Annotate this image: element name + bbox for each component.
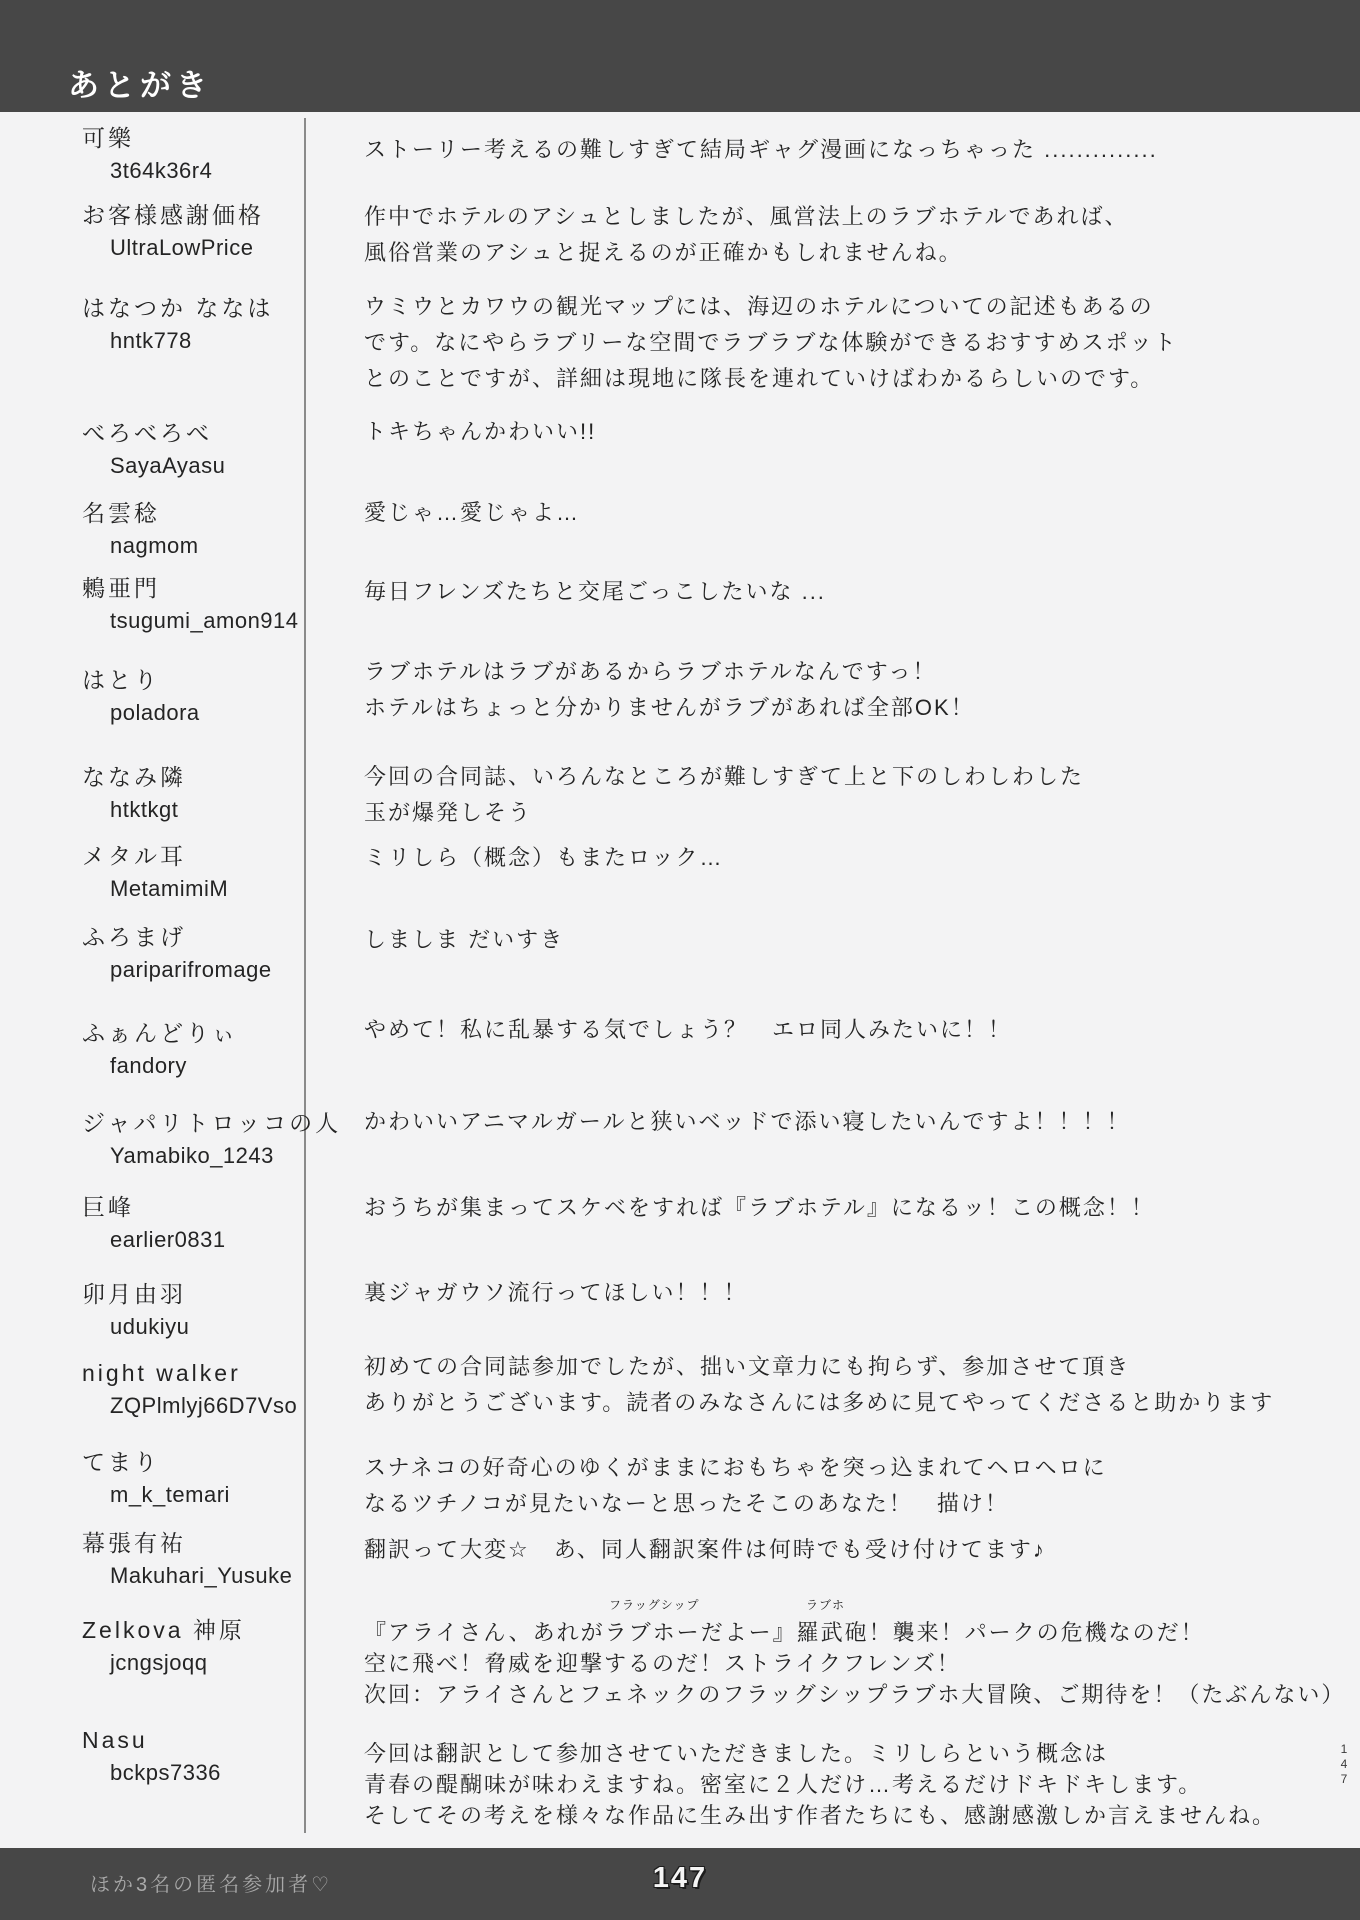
contributor-name: ジャパリトロッコの人 bbox=[82, 1109, 312, 1137]
contributor-entry: 名雲稔nagmom bbox=[82, 499, 312, 560]
contributor-entry: Nasubckps7336 bbox=[82, 1726, 312, 1787]
contributor-username: Yamabiko_1243 bbox=[110, 1142, 312, 1170]
contributor-entry: 巨峰earlier0831 bbox=[82, 1193, 312, 1254]
contributor-username: pariparifromage bbox=[110, 956, 312, 984]
contributor-username: jcngsjoqq bbox=[110, 1649, 312, 1677]
comment-line: かわいいアニマルガールと狭いベッドで添い寝したいんですよ！！！！ bbox=[364, 1104, 1324, 1140]
contributor-username: bckps7336 bbox=[110, 1759, 312, 1787]
comment-line: トキちゃんかわいい!! bbox=[364, 414, 1324, 450]
contributor-name: べろべろべ bbox=[82, 419, 312, 447]
comment-line: とのことですが、詳細は現地に隊長を連れていけばわかるらしいのです。 bbox=[364, 361, 1324, 397]
contributor-comment: ラブホテルはラブがあるからラブホテルなんですっ！ホテルはちょっと分かりませんがラ… bbox=[364, 654, 1324, 726]
comment-line: 初めての合同誌参加でしたが、拙い文章力にも拘らず、参加させて頂き bbox=[364, 1349, 1324, 1385]
contributor-entry: てまりm_k_temari bbox=[82, 1448, 312, 1509]
contributor-entry: はなつか ななはhntk778 bbox=[82, 294, 312, 355]
comment-line: スナネコの好奇心のゆくがままにおもちゃを突っ込まれてヘロヘロに bbox=[364, 1450, 1324, 1486]
comment-line: 今回の合同誌、いろんなところが難しすぎて上と下のしわしわした bbox=[364, 759, 1324, 795]
contributor-comment: ミリしら（概念）もまたロック… bbox=[364, 840, 1324, 876]
contributor-username: udukiyu bbox=[110, 1313, 312, 1341]
contributor-name: ふぁんどりぃ bbox=[82, 1019, 312, 1047]
contributor-entry: メタル耳MetamimiM bbox=[82, 842, 312, 903]
contributor-comment: ウミウとカワウの観光マップには、海辺のホテルについての記述もあるのです。なにやら… bbox=[364, 289, 1324, 397]
contributor-comment: 翻訳って大変☆ あ、同人翻訳案件は何時でも受け付けてます♪ bbox=[364, 1532, 1324, 1568]
contributor-name: ふろまげ bbox=[82, 923, 312, 951]
contributor-username: SayaAyasu bbox=[110, 452, 312, 480]
contributor-username: tsugumi_amon914 bbox=[110, 607, 312, 635]
comment-line: 愛じゃ…愛じゃよ… bbox=[364, 495, 1324, 531]
contributor-entry: ふろまげpariparifromage bbox=[82, 923, 312, 984]
contributor-comment: 愛じゃ…愛じゃよ… bbox=[364, 495, 1324, 531]
ruby-labuho: ラブホ bbox=[806, 1596, 845, 1613]
comment-line: 『アライさん、あれがラブホーだよー』羅武砲！襲来！パークの危機なのだ！ bbox=[364, 1617, 1324, 1648]
comment-line: しましま だいすき bbox=[364, 922, 1324, 958]
contributor-name: 幕張有祐 bbox=[82, 1529, 312, 1557]
comment-line: なるツチノコが見たいなーと思ったそこのあなた！ 描け！ bbox=[364, 1486, 1324, 1522]
comment-line: 青春の醍醐味が味わえますね。密室に２人だけ…考えるだけドキドキします。 bbox=[364, 1769, 1324, 1800]
contributor-comment: しましま だいすき bbox=[364, 922, 1324, 958]
contributor-username: earlier0831 bbox=[110, 1226, 312, 1254]
contributor-comment: 初めての合同誌参加でしたが、拙い文章力にも拘らず、参加させて頂きありがとうござい… bbox=[364, 1349, 1324, 1421]
contributor-entry: night walkerZQPlmlyj66D7Vso bbox=[82, 1359, 312, 1420]
comment-line: です。なにやらラブリーな空間でラブラブな体験ができるおすすめスポット bbox=[364, 325, 1324, 361]
contributor-name: てまり bbox=[82, 1448, 312, 1476]
footer-page-number: 147 bbox=[0, 1862, 1360, 1895]
contributor-entry: はとりpoladora bbox=[82, 666, 312, 727]
contributor-entry: 卯月由羽udukiyu bbox=[82, 1280, 312, 1341]
contributor-entry: Zelkova 神原jcngsjoqq bbox=[82, 1616, 312, 1677]
contributor-username: m_k_temari bbox=[110, 1481, 312, 1509]
contributor-name: はなつか ななは bbox=[82, 294, 312, 322]
comment-line: おうちが集まってスケベをすれば『ラブホテル』になるッ！この概念！！ bbox=[364, 1190, 1324, 1226]
contributor-name: Zelkova 神原 bbox=[82, 1616, 312, 1644]
contributor-comment: 今回の合同誌、いろんなところが難しすぎて上と下のしわしわした玉が爆発しそう bbox=[364, 759, 1324, 831]
contributor-name: night walker bbox=[82, 1359, 312, 1387]
contributor-name: 名雲稔 bbox=[82, 499, 312, 527]
comment-line: 毎日フレンズたちと交尾ごっこしたいな ... bbox=[364, 574, 1324, 610]
contributor-username: Makuhari_Yusuke bbox=[110, 1562, 312, 1590]
contributor-username: hntk778 bbox=[110, 327, 312, 355]
contributor-comment: 今回は翻訳として参加させていただきました。ミリしらという概念は青春の醍醐味が味わ… bbox=[364, 1738, 1324, 1831]
comment-line: 次回：アライさんとフェネックのフラッグシップラブホ大冒険、ご期待を！（たぶんない… bbox=[364, 1679, 1324, 1710]
contributor-name: 鶫亜門 bbox=[82, 574, 312, 602]
comment-line: 今回は翻訳として参加させていただきました。ミリしらという概念は bbox=[364, 1738, 1324, 1769]
comment-line: ストーリー考えるの難しすぎて結局ギャグ漫画になっちゃった ...........… bbox=[364, 132, 1324, 168]
contributor-comment: 毎日フレンズたちと交尾ごっこしたいな ... bbox=[364, 574, 1324, 610]
contributor-name: はとり bbox=[82, 666, 312, 694]
contributor-name: 可樂 bbox=[82, 124, 312, 152]
comment-line: 空に飛べ！脅威を迎撃するのだ！ストライクフレンズ！ bbox=[364, 1648, 1324, 1679]
contributor-entry: 可樂3t64k36r4 bbox=[82, 124, 312, 185]
comment-line: そしてその考えを様々な作品に生み出す作者たちにも、感謝感激しか言えませんね。 bbox=[364, 1800, 1324, 1831]
comment-line: 作中でホテルのアシュとしましたが、風営法上のラブホテルであれば、 bbox=[364, 199, 1324, 235]
contributor-comment: 裏ジャガウソ流行ってほしい！！！ bbox=[364, 1275, 1324, 1311]
contributor-comment: スナネコの好奇心のゆくがままにおもちゃを突っ込まれてヘロヘロになるツチノコが見た… bbox=[364, 1450, 1324, 1522]
contributor-username: ZQPlmlyj66D7Vso bbox=[110, 1392, 312, 1420]
contributor-entry: ななみ隣htktkgt bbox=[82, 763, 312, 824]
contributor-name: Nasu bbox=[82, 1726, 312, 1754]
contributor-comment: おうちが集まってスケベをすれば『ラブホテル』になるッ！この概念！！ bbox=[364, 1190, 1324, 1226]
contributor-name: 巨峰 bbox=[82, 1193, 312, 1221]
contributor-entry: ふぁんどりぃfandory bbox=[82, 1019, 312, 1080]
contributor-entry: 鶫亜門tsugumi_amon914 bbox=[82, 574, 312, 635]
contributor-username: MetamimiM bbox=[110, 875, 312, 903]
comment-line: 裏ジャガウソ流行ってほしい！！！ bbox=[364, 1275, 1324, 1311]
page-title: あとがき bbox=[68, 60, 212, 105]
contributor-entry: お客様感謝価格UltraLowPrice bbox=[82, 201, 312, 262]
contributor-username: UltraLowPrice bbox=[110, 234, 312, 262]
contributor-username: poladora bbox=[110, 699, 312, 727]
contributor-username: fandory bbox=[110, 1052, 312, 1080]
contributor-entry: ジャパリトロッコの人Yamabiko_1243 bbox=[82, 1109, 312, 1170]
side-page-number: 147 bbox=[1337, 1742, 1351, 1787]
contributor-entry: べろべろべSayaAyasu bbox=[82, 419, 312, 480]
contributor-comment: やめて！私に乱暴する気でしょう？ エロ同人みたいに！！ bbox=[364, 1012, 1324, 1048]
contributor-username: 3t64k36r4 bbox=[110, 157, 312, 185]
comment-line: ミリしら（概念）もまたロック… bbox=[364, 840, 1324, 876]
contributor-comment: トキちゃんかわいい!! bbox=[364, 414, 1324, 450]
comment-line: 翻訳って大変☆ あ、同人翻訳案件は何時でも受け付けてます♪ bbox=[364, 1532, 1324, 1568]
comment-line: やめて！私に乱暴する気でしょう？ エロ同人みたいに！！ bbox=[364, 1012, 1324, 1048]
contributor-name: 卯月由羽 bbox=[82, 1280, 312, 1308]
comment-line: 風俗営業のアシュと捉えるのが正確かもしれませんね。 bbox=[364, 235, 1324, 271]
comment-line: ホテルはちょっと分かりませんがラブがあれば全部OK！ bbox=[364, 690, 1324, 726]
contributor-name: お客様感謝価格 bbox=[82, 201, 312, 229]
contributor-name: ななみ隣 bbox=[82, 763, 312, 791]
contributor-username: htktkgt bbox=[110, 796, 312, 824]
comment-line: 玉が爆発しそう bbox=[364, 795, 1324, 831]
ruby-flagship: フラッグシップ bbox=[609, 1596, 700, 1613]
contributor-comment: ストーリー考えるの難しすぎて結局ギャグ漫画になっちゃった ...........… bbox=[364, 132, 1324, 168]
contributor-username: nagmom bbox=[110, 532, 312, 560]
contributor-comment: 『アライさん、あれがラブホーだよー』羅武砲！襲来！パークの危機なのだ！空に飛べ！… bbox=[364, 1617, 1324, 1710]
contributor-comment: かわいいアニマルガールと狭いベッドで添い寝したいんですよ！！！！ bbox=[364, 1104, 1324, 1140]
comment-line: ラブホテルはラブがあるからラブホテルなんですっ！ bbox=[364, 654, 1324, 690]
contributor-comment: 作中でホテルのアシュとしましたが、風営法上のラブホテルであれば、風俗営業のアシュ… bbox=[364, 199, 1324, 271]
comment-line: ありがとうございます。読者のみなさんには多めに見てやってくださると助かります bbox=[364, 1385, 1324, 1421]
contributor-entry: 幕張有祐Makuhari_Yusuke bbox=[82, 1529, 312, 1590]
contributor-name: メタル耳 bbox=[82, 842, 312, 870]
comment-line: ウミウとカワウの観光マップには、海辺のホテルについての記述もあるの bbox=[364, 289, 1324, 325]
